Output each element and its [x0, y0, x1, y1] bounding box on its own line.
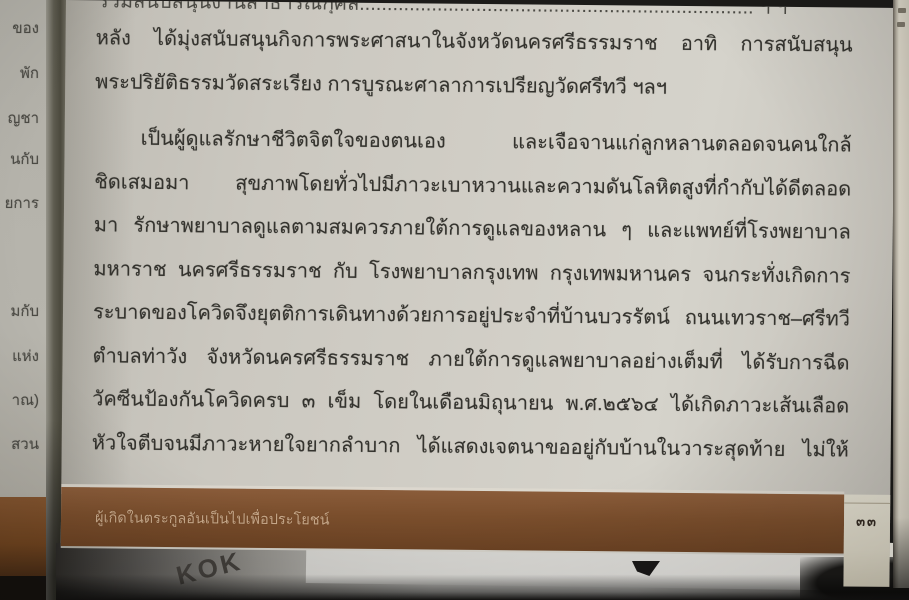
page-fore-edge	[893, 0, 909, 588]
footer-page-corner: ๓๓	[843, 494, 890, 586]
text-line: หัวใจตีบจนมีภาวะหายใจยากลำบาก ได้แสดงเจต…	[92, 423, 849, 474]
book-photo-scene: ของ พัก ญชา นกับ ยการ มกับ แห่ง าณ) สวน …	[0, 0, 909, 600]
text-line: เป็นผู้ดูแลรักษาชีวิตจิตใจของตนเอง และเจ…	[94, 118, 851, 169]
text-line: ชิดเสมอมา สุขภาพโดยทั่วไปมีภาวะเบาหวานแล…	[94, 162, 851, 213]
text-line: หลัง ได้มุ่งสนับสนุนกิจการพระศาสนาในจังห…	[95, 18, 852, 69]
page-number: ๓๓	[844, 510, 890, 531]
left-page-shadow	[0, 576, 46, 600]
book-page: ร่วมสนับสนุนงานสาธารณกุศล...............…	[61, 0, 895, 556]
left-page-edge: ของ พัก ญชา นกับ ยการ มกับ แห่ง าณ) สวน	[0, 0, 46, 600]
text-line: พระปริยัติธรรมวัดสระเรียง การบูรณะศาลากา…	[95, 62, 852, 113]
left-page-fragment: พัก	[20, 61, 39, 85]
text-line: วัคซีนป้องกันโควิดครบ ๓ เข็ม โดยในเดือนม…	[92, 379, 849, 430]
left-page-fragment: สวน	[11, 432, 39, 456]
paragraph-1: หลัง ได้มุ่งสนับสนุนกิจการพระศาสนาในจังห…	[95, 18, 853, 113]
text-line: ตำบลท่าวัง จังหวัดนครศรีธรรมราช ภายใต้กา…	[92, 336, 849, 387]
footer-rule	[844, 502, 890, 503]
edge-print-mark	[898, 8, 906, 13]
left-page-footer-band	[0, 497, 46, 582]
edge-print-mark	[897, 22, 905, 27]
left-page-fragment: แห่ง	[12, 344, 39, 368]
left-page-fragment: าณ)	[12, 388, 39, 412]
running-title: ผู้เกิดในตระกูลอันเป็นไปเพื่อประโยชน์	[95, 506, 330, 531]
left-page-fragment: นกับ	[10, 147, 39, 171]
text-line: มา รักษาพยาบาลดูแลตามสมควรภายใต้การดูแลข…	[94, 205, 851, 256]
text-line: มหาราช นครศรีธรรมราช กับ โรงพยาบาลกรุงเท…	[93, 249, 850, 300]
text-line: ระบาดของโควิดจึงยุตติการเดินทางด้วยการอย…	[93, 292, 850, 343]
footer-band: ผู้เกิดในตระกูลอันเป็นไปเพื่อประโยชน์	[61, 487, 845, 554]
left-page-fragment: ยการ	[5, 191, 39, 215]
paragraph-2: เป็นผู้ดูแลรักษาชีวิตจิตใจของตนเอง และเจ…	[92, 118, 852, 473]
left-page-fragment: ของ	[12, 16, 39, 40]
left-page-fragment: มกับ	[11, 299, 40, 323]
paper-text-fragment: KOK	[173, 545, 245, 591]
left-page-fragment: ญชา	[8, 106, 39, 130]
shadow-notch	[632, 561, 660, 576]
clipped-top-text-line: ร่วมสนับสนุนงานสาธารณกุศล...............…	[98, 0, 798, 18]
